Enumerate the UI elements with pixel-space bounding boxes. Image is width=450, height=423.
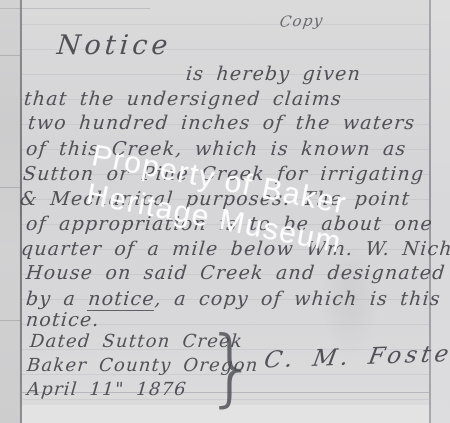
body-line: of appropriation is to be about one [25, 213, 434, 235]
notice-sentence-pre: by a [25, 288, 89, 310]
dateline-date: April 11" 1876 [26, 379, 188, 400]
adjacent-page-rule [0, 320, 20, 321]
body-line: is hereby given [185, 63, 362, 85]
body-line: by a notice, a copy of which is this [25, 288, 442, 310]
adjacent-page-strip [0, 0, 20, 423]
notice-sentence-post: , a copy of which is this [154, 288, 442, 310]
adjacent-page-rule [0, 187, 20, 188]
dateline-brace: } [205, 318, 258, 416]
body-line: & Mechanical purposes. The point [19, 188, 411, 210]
body-line: House on said Creek and designated [25, 262, 447, 284]
document-title: Notice [56, 30, 173, 61]
closing-word: notice. [25, 309, 101, 331]
copy-annotation: Copy [279, 11, 325, 31]
paper-crease-top [0, 8, 150, 9]
body-line: that the undersigned claims [23, 88, 343, 110]
body-line: Sutton or Pine Creek for irrigating [22, 163, 425, 185]
body-line: quarter of a mile below Wm. W. Nichols [20, 238, 450, 260]
body-line: two hundred inches of the waters [27, 112, 416, 134]
adjacent-page-rule [0, 55, 20, 56]
underlined-word-notice: notice [87, 288, 155, 311]
scanned-document: Copy Notice is hereby given that the und… [0, 0, 450, 423]
body-line: of this Creek, which is known as [25, 138, 407, 160]
